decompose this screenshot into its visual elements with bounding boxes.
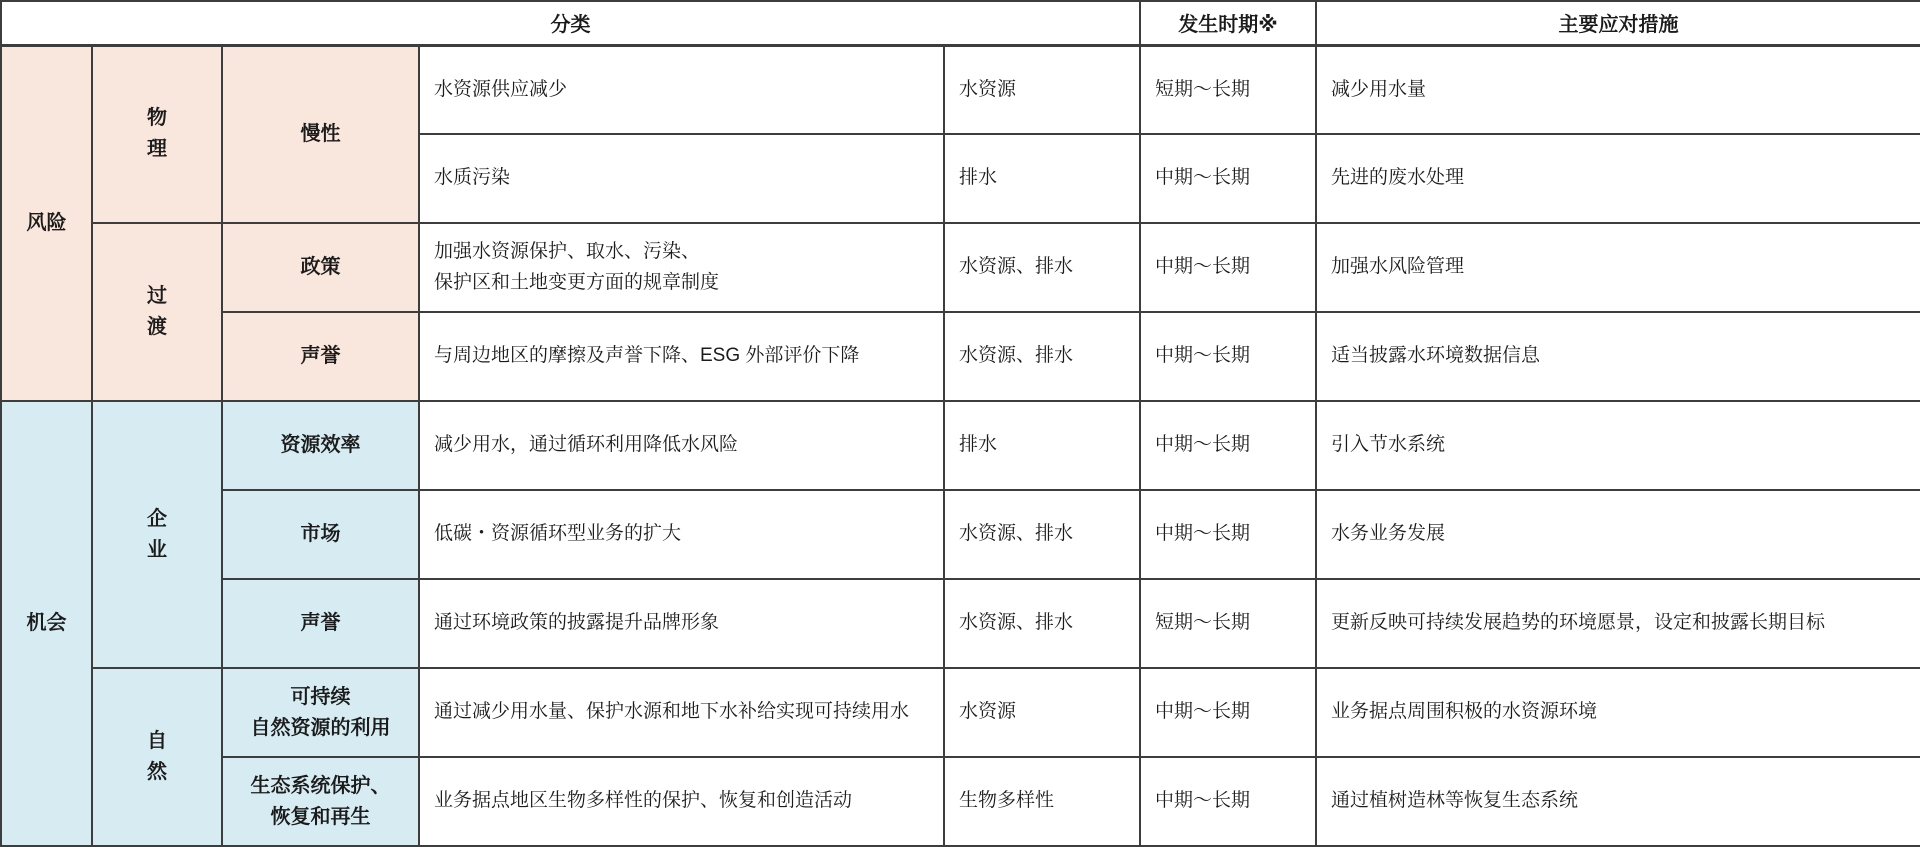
cell-water-category: 排水 (944, 401, 1140, 490)
table-row: 风险 物 理 慢性 水资源供应减少 水资源 短期～长期 减少用水量 (1, 45, 1920, 134)
cell-measure: 通过植树造林等恢复生态系统 (1316, 757, 1920, 846)
table-row: 市场 低碳・资源循环型业务的扩大 水资源、排水 中期～长期 水务业务发展 (1, 490, 1920, 579)
cell-measure: 更新反映可持续发展趋势的环境愿景，设定和披露长期目标 (1316, 579, 1920, 668)
header-main-measures: 主要应对措施 (1316, 1, 1920, 45)
table-row: 生态系统保护、 恢复和再生 业务据点地区生物多样性的保护、恢复和创造活动 生物多… (1, 757, 1920, 846)
risk-opportunity-table: 分类 发生时期※ 主要应对措施 风险 物 理 慢性 水资源供应减少 水资源 短期… (0, 0, 1920, 847)
cell-water-category: 水资源、排水 (944, 223, 1140, 312)
cell-description: 业务据点地区生物多样性的保护、恢复和创造活动 (419, 757, 944, 846)
cell-water-category: 水资源、排水 (944, 490, 1140, 579)
table-row: 过 渡 政策 加强水资源保护、取水、污染、 保护区和土地变更方面的规章制度 水资… (1, 223, 1920, 312)
cell-water-category: 水资源、排水 (944, 579, 1140, 668)
cell-measure: 减少用水量 (1316, 45, 1920, 134)
cell-description: 通过减少用水量、保护水源和地下水补给实现可持续用水 (419, 668, 944, 757)
category-label-reputation-opportunity: 声誉 (222, 579, 419, 668)
header-row: 分类 发生时期※ 主要应对措施 (1, 1, 1920, 45)
cell-water-category: 生物多样性 (944, 757, 1140, 846)
cell-description: 低碳・资源循环型业务的扩大 (419, 490, 944, 579)
subgroup-label-nature: 自 然 (92, 668, 222, 846)
cell-timing: 短期～长期 (1140, 579, 1316, 668)
table-row: 自 然 可持续 自然资源的利用 通过减少用水量、保护水源和地下水补给实现可持续用… (1, 668, 1920, 757)
subgroup-label-physical: 物 理 (92, 45, 222, 223)
header-classification: 分类 (1, 1, 1140, 45)
cell-description: 减少用水，通过循环利用降低水风险 (419, 401, 944, 490)
category-label-resource-efficiency: 资源效率 (222, 401, 419, 490)
cell-measure: 先进的废水处理 (1316, 134, 1920, 223)
cell-water-category: 排水 (944, 134, 1140, 223)
category-label-reputation-risk: 声誉 (222, 312, 419, 401)
cell-water-category: 水资源 (944, 668, 1140, 757)
cell-description: 加强水资源保护、取水、污染、 保护区和土地变更方面的规章制度 (419, 223, 944, 312)
table-row: 机会 企 业 资源效率 减少用水，通过循环利用降低水风险 排水 中期～长期 引入… (1, 401, 1920, 490)
category-label-market: 市场 (222, 490, 419, 579)
category-label-policy: 政策 (222, 223, 419, 312)
cell-timing: 中期～长期 (1140, 134, 1316, 223)
cell-description: 水资源供应减少 (419, 45, 944, 134)
category-label-ecosystem: 生态系统保护、 恢复和再生 (222, 757, 419, 846)
table-row: 声誉 与周边地区的摩擦及声誉下降、ESG 外部评价下降 水资源、排水 中期～长期… (1, 312, 1920, 401)
cell-measure: 业务据点周围积极的水资源环境 (1316, 668, 1920, 757)
cell-timing: 中期～长期 (1140, 312, 1316, 401)
cell-description: 通过环境政策的披露提升品牌形象 (419, 579, 944, 668)
cell-measure: 水务业务发展 (1316, 490, 1920, 579)
category-label-chronic: 慢性 (222, 45, 419, 223)
cell-measure: 适当披露水环境数据信息 (1316, 312, 1920, 401)
cell-timing: 中期～长期 (1140, 490, 1316, 579)
table-row: 声誉 通过环境政策的披露提升品牌形象 水资源、排水 短期～长期 更新反映可持续发… (1, 579, 1920, 668)
cell-timing: 中期～长期 (1140, 668, 1316, 757)
group-label-risk: 风险 (1, 45, 92, 401)
subgroup-label-corporate: 企 业 (92, 401, 222, 668)
subgroup-label-transition: 过 渡 (92, 223, 222, 401)
cell-water-category: 水资源、排水 (944, 312, 1140, 401)
cell-measure: 引入节水系统 (1316, 401, 1920, 490)
group-label-opportunity: 机会 (1, 401, 92, 846)
cell-timing: 中期～长期 (1140, 757, 1316, 846)
cell-description: 与周边地区的摩擦及声誉下降、ESG 外部评价下降 (419, 312, 944, 401)
cell-description: 水质污染 (419, 134, 944, 223)
cell-measure: 加强水风险管理 (1316, 223, 1920, 312)
header-occurrence-period: 发生时期※ (1140, 1, 1316, 45)
cell-timing: 中期～长期 (1140, 223, 1316, 312)
cell-timing: 短期～长期 (1140, 45, 1316, 134)
cell-timing: 中期～长期 (1140, 401, 1316, 490)
cell-water-category: 水资源 (944, 45, 1140, 134)
category-label-sustainable-resources: 可持续 自然资源的利用 (222, 668, 419, 757)
